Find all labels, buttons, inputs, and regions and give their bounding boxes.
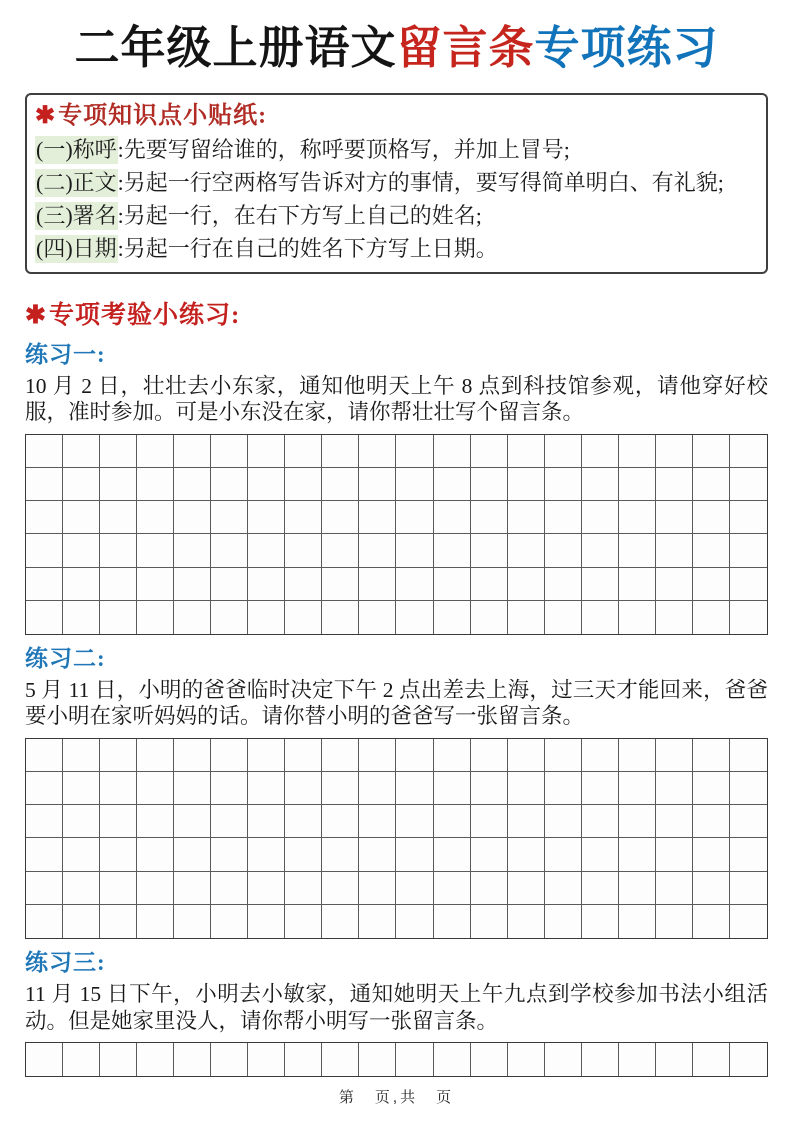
grid-cell (63, 1043, 100, 1076)
grid-cell (545, 905, 582, 938)
grid-cell (63, 534, 100, 567)
grid-cell (545, 534, 582, 567)
grid-cell (508, 805, 545, 838)
exercise-1-label: 练习一: (25, 340, 768, 370)
grid-cell (63, 838, 100, 871)
grid-cell (396, 805, 433, 838)
grid-cell (100, 601, 137, 634)
grid-cell (619, 1043, 656, 1076)
grid-cell (63, 501, 100, 534)
grid-cell (396, 739, 433, 772)
grid-cell (693, 501, 730, 534)
grid-cell (730, 534, 767, 567)
grid-cell (248, 468, 285, 501)
grid-cell (619, 468, 656, 501)
grid-cell (26, 838, 63, 871)
tip-text: :另起一行，在右下方写上自己的姓名; (118, 203, 482, 228)
grid-cell (322, 838, 359, 871)
grid-cell (248, 905, 285, 938)
grid-cell (508, 905, 545, 938)
grid-cell (174, 772, 211, 805)
grid-cell (434, 468, 471, 501)
grid-cell (730, 501, 767, 534)
grid-cell (26, 534, 63, 567)
grid-cell (248, 568, 285, 601)
grid-cell (63, 805, 100, 838)
tip-label: (二)正文 (35, 169, 118, 197)
grid-cell (619, 739, 656, 772)
grid-cell (730, 739, 767, 772)
grid-cell (359, 772, 396, 805)
grid-cell (545, 468, 582, 501)
grid-cell (63, 468, 100, 501)
grid-cell (434, 501, 471, 534)
grid-cell (285, 872, 322, 905)
grid-cell (656, 1043, 693, 1076)
grid-cell (582, 601, 619, 634)
grid-cell (359, 568, 396, 601)
grid-cell (100, 468, 137, 501)
grid-cell (582, 435, 619, 468)
grid-cell (285, 501, 322, 534)
grid-cell (359, 534, 396, 567)
grid-cell (471, 905, 508, 938)
exercise-2: 练习二: 5 月 11 日，小明的爸爸临时决定下午 2 点出差去上海，过三天才能… (25, 644, 768, 939)
grid-cell (137, 905, 174, 938)
grid-cell (619, 872, 656, 905)
grid-cell (396, 568, 433, 601)
grid-cell (211, 838, 248, 871)
grid-cell (322, 739, 359, 772)
grid-cell (137, 872, 174, 905)
grid-cell (730, 568, 767, 601)
grid-cell (211, 872, 248, 905)
grid-cell (656, 534, 693, 567)
tip-text: :另起一行在自己的姓名下方写上日期。 (118, 236, 498, 261)
grid-cell (63, 772, 100, 805)
grid-cell (211, 468, 248, 501)
grid-cell (26, 1043, 63, 1076)
grid-cell (471, 501, 508, 534)
grid-cell (582, 905, 619, 938)
grid-cell (582, 805, 619, 838)
grid-cell (174, 568, 211, 601)
tip-label: (四)日期 (35, 235, 118, 263)
grid-cell (396, 905, 433, 938)
grid-cell (137, 1043, 174, 1076)
grid-cell (211, 435, 248, 468)
grid-cell (545, 739, 582, 772)
grid-cell (359, 501, 396, 534)
grid-cell (508, 534, 545, 567)
grid-cell (693, 468, 730, 501)
exercise-2-writing-grid[interactable] (25, 738, 768, 939)
grid-cell (285, 534, 322, 567)
grid-cell (471, 601, 508, 634)
grid-cell (174, 1043, 211, 1076)
tip-item-body: (二)正文:另起一行空两格写告诉对方的事情，要写得简单明白、有礼貌; (35, 166, 756, 199)
grid-cell (322, 601, 359, 634)
grid-cell (359, 838, 396, 871)
grid-cell (137, 772, 174, 805)
grid-cell (174, 905, 211, 938)
practice-heading-text: 专项考验小练习: (49, 302, 240, 329)
grid-cell (285, 468, 322, 501)
grid-cell (730, 772, 767, 805)
grid-cell (359, 468, 396, 501)
grid-cell (248, 805, 285, 838)
grid-cell (656, 501, 693, 534)
grid-cell (211, 905, 248, 938)
grid-cell (26, 468, 63, 501)
grid-cell (396, 501, 433, 534)
grid-cell (434, 872, 471, 905)
tip-label: (一)称呼 (35, 136, 118, 164)
grid-cell (322, 435, 359, 468)
grid-cell (545, 872, 582, 905)
grid-cell (545, 838, 582, 871)
grid-cell (582, 1043, 619, 1076)
grid-cell (619, 905, 656, 938)
grid-cell (137, 468, 174, 501)
grid-cell (434, 772, 471, 805)
grid-cell (545, 772, 582, 805)
grid-cell (211, 601, 248, 634)
grid-cell (396, 534, 433, 567)
grid-cell (100, 872, 137, 905)
grid-cell (434, 838, 471, 871)
grid-cell (434, 534, 471, 567)
grid-cell (396, 872, 433, 905)
grid-cell (359, 739, 396, 772)
grid-cell (174, 468, 211, 501)
grid-cell (434, 739, 471, 772)
tip-text: :先要写留给谁的，称呼要顶格写，并加上冒号; (118, 137, 570, 162)
grid-cell (434, 905, 471, 938)
exercise-3-prompt: 11 月 15 日下午，小明去小敏家，通知她明天上午九点到学校参加书法小组活动。… (25, 981, 768, 1034)
grid-cell (285, 905, 322, 938)
grid-cell (545, 601, 582, 634)
tip-text: :另起一行空两格写告诉对方的事情，要写得简单明白、有礼貌; (118, 170, 724, 195)
tip-label: (三)署名 (35, 202, 118, 230)
grid-cell (508, 872, 545, 905)
grid-cell (63, 568, 100, 601)
grid-cell (508, 501, 545, 534)
grid-cell (63, 601, 100, 634)
grid-cell (619, 534, 656, 567)
grid-cell (656, 568, 693, 601)
exercise-1-prompt: 10 月 2 日，壮壮去小东家，通知他明天上午 8 点到科技馆参观，请他穿好校服… (25, 373, 768, 426)
exercise-2-prompt: 5 月 11 日，小明的爸爸临时决定下午 2 点出差去上海，过三天才能回来，爸爸… (25, 677, 768, 730)
tips-heading: ✱专项知识点小贴纸: (35, 100, 756, 133)
title-part-black: 二年级上册语文 (74, 22, 396, 73)
grid-cell (285, 568, 322, 601)
grid-cell (471, 435, 508, 468)
grid-cell (137, 435, 174, 468)
grid-cell (322, 1043, 359, 1076)
grid-cell (248, 838, 285, 871)
grid-cell (508, 435, 545, 468)
grid-cell (100, 568, 137, 601)
grid-cell (285, 601, 322, 634)
grid-cell (619, 838, 656, 871)
grid-cell (396, 838, 433, 871)
grid-cell (137, 805, 174, 838)
grid-cell (508, 601, 545, 634)
grid-cell (63, 739, 100, 772)
grid-cell (211, 1043, 248, 1076)
grid-cell (656, 772, 693, 805)
grid-cell (100, 501, 137, 534)
grid-cell (248, 534, 285, 567)
grid-cell (359, 601, 396, 634)
grid-cell (730, 805, 767, 838)
grid-cell (322, 568, 359, 601)
grid-cell (248, 739, 285, 772)
grid-cell (656, 601, 693, 634)
grid-cell (508, 468, 545, 501)
grid-cell (63, 872, 100, 905)
grid-cell (434, 568, 471, 601)
grid-cell (26, 601, 63, 634)
grid-cell (100, 805, 137, 838)
grid-cell (26, 872, 63, 905)
grid-cell (693, 805, 730, 838)
grid-cell (26, 568, 63, 601)
grid-cell (656, 905, 693, 938)
page-title: 二年级上册语文留言条专项练习 (25, 22, 768, 74)
grid-cell (100, 534, 137, 567)
grid-cell (730, 838, 767, 871)
exercise-2-label: 练习二: (25, 644, 768, 674)
grid-cell (359, 905, 396, 938)
grid-cell (619, 772, 656, 805)
grid-cell (322, 534, 359, 567)
grid-cell (322, 805, 359, 838)
grid-cell (63, 435, 100, 468)
grid-cell (285, 805, 322, 838)
grid-cell (656, 838, 693, 871)
grid-cell (174, 501, 211, 534)
grid-cell (396, 1043, 433, 1076)
grid-cell (582, 501, 619, 534)
asterisk-icon: ✱ (25, 302, 47, 329)
grid-cell (26, 805, 63, 838)
grid-cell (619, 601, 656, 634)
title-part-blue: 专项练习 (535, 22, 719, 73)
grid-cell (656, 872, 693, 905)
grid-cell (545, 805, 582, 838)
grid-cell (174, 805, 211, 838)
grid-cell (26, 501, 63, 534)
grid-cell (582, 534, 619, 567)
exercise-3-writing-grid[interactable] (25, 1042, 768, 1077)
grid-cell (434, 805, 471, 838)
grid-cell (137, 601, 174, 634)
grid-cell (359, 1043, 396, 1076)
grid-cell (248, 601, 285, 634)
grid-cell (508, 772, 545, 805)
worksheet-page: 二年级上册语文留言条专项练习 ✱专项知识点小贴纸: (一)称呼:先要写留给谁的，… (0, 0, 793, 1122)
grid-cell (137, 568, 174, 601)
grid-cell (693, 568, 730, 601)
grid-cell (693, 1043, 730, 1076)
grid-cell (471, 468, 508, 501)
grid-cell (471, 872, 508, 905)
grid-cell (582, 739, 619, 772)
grid-cell (211, 501, 248, 534)
grid-cell (100, 772, 137, 805)
grid-cell (730, 872, 767, 905)
grid-cell (582, 838, 619, 871)
grid-cell (582, 468, 619, 501)
grid-cell (174, 534, 211, 567)
tip-item-salutation: (一)称呼:先要写留给谁的，称呼要顶格写，并加上冒号; (35, 133, 756, 166)
grid-cell (285, 772, 322, 805)
grid-cell (174, 435, 211, 468)
grid-cell (137, 838, 174, 871)
grid-cell (137, 501, 174, 534)
grid-cell (359, 435, 396, 468)
grid-cell (693, 739, 730, 772)
grid-cell (322, 772, 359, 805)
grid-cell (434, 1043, 471, 1076)
grid-cell (471, 739, 508, 772)
practice-section-heading: ✱专项考验小练习: (25, 301, 768, 331)
grid-cell (656, 468, 693, 501)
grid-cell (63, 905, 100, 938)
grid-cell (471, 805, 508, 838)
grid-cell (248, 872, 285, 905)
grid-cell (582, 872, 619, 905)
tip-item-signature: (三)署名:另起一行，在右下方写上自己的姓名; (35, 199, 756, 232)
title-part-red: 留言条 (396, 22, 534, 73)
grid-cell (100, 739, 137, 772)
grid-cell (248, 435, 285, 468)
grid-cell (693, 772, 730, 805)
grid-cell (211, 568, 248, 601)
grid-cell (322, 468, 359, 501)
grid-cell (693, 534, 730, 567)
grid-cell (434, 435, 471, 468)
grid-cell (26, 905, 63, 938)
grid-cell (211, 534, 248, 567)
grid-cell (693, 905, 730, 938)
grid-cell (508, 568, 545, 601)
grid-cell (322, 501, 359, 534)
grid-cell (693, 601, 730, 634)
grid-cell (248, 772, 285, 805)
grid-cell (619, 501, 656, 534)
grid-cell (730, 468, 767, 501)
grid-cell (285, 739, 322, 772)
page-number-footer: 第 页,共 页 (25, 1086, 768, 1107)
grid-cell (322, 872, 359, 905)
grid-cell (174, 838, 211, 871)
grid-cell (730, 1043, 767, 1076)
grid-cell (545, 568, 582, 601)
exercise-3-label: 练习三: (25, 948, 768, 978)
grid-cell (211, 739, 248, 772)
grid-cell (693, 838, 730, 871)
grid-cell (693, 435, 730, 468)
grid-cell (396, 435, 433, 468)
exercise-1: 练习一: 10 月 2 日，壮壮去小东家，通知他明天上午 8 点到科技馆参观，请… (25, 340, 768, 635)
grid-cell (174, 601, 211, 634)
grid-cell (248, 1043, 285, 1076)
grid-cell (508, 739, 545, 772)
grid-cell (730, 435, 767, 468)
grid-cell (211, 772, 248, 805)
grid-cell (396, 601, 433, 634)
grid-cell (285, 838, 322, 871)
grid-cell (619, 805, 656, 838)
grid-cell (137, 739, 174, 772)
grid-cell (619, 568, 656, 601)
grid-cell (730, 905, 767, 938)
exercise-1-writing-grid[interactable] (25, 434, 768, 635)
grid-cell (471, 838, 508, 871)
grid-cell (508, 1043, 545, 1076)
grid-cell (248, 501, 285, 534)
grid-cell (26, 772, 63, 805)
grid-cell (693, 872, 730, 905)
exercise-3: 练习三: 11 月 15 日下午，小明去小敏家，通知她明天上午九点到学校参加书法… (25, 948, 768, 1077)
grid-cell (471, 1043, 508, 1076)
grid-cell (174, 739, 211, 772)
grid-cell (656, 739, 693, 772)
grid-cell (396, 772, 433, 805)
grid-cell (545, 435, 582, 468)
grid-cell (359, 805, 396, 838)
grid-cell (396, 468, 433, 501)
grid-cell (656, 435, 693, 468)
knowledge-tips-box: ✱专项知识点小贴纸: (一)称呼:先要写留给谁的，称呼要顶格写，并加上冒号; (… (25, 93, 768, 274)
grid-cell (359, 872, 396, 905)
grid-cell (285, 435, 322, 468)
grid-cell (582, 568, 619, 601)
grid-cell (434, 601, 471, 634)
grid-cell (545, 1043, 582, 1076)
grid-cell (100, 838, 137, 871)
asterisk-icon: ✱ (35, 103, 56, 129)
grid-cell (285, 1043, 322, 1076)
tips-heading-text: 专项知识点小贴纸: (58, 103, 267, 129)
grid-cell (508, 838, 545, 871)
grid-cell (656, 805, 693, 838)
grid-cell (471, 568, 508, 601)
grid-cell (545, 501, 582, 534)
grid-cell (619, 435, 656, 468)
grid-cell (322, 905, 359, 938)
grid-cell (100, 905, 137, 938)
grid-cell (137, 534, 174, 567)
grid-cell (26, 435, 63, 468)
grid-cell (100, 1043, 137, 1076)
grid-cell (174, 872, 211, 905)
grid-cell (100, 435, 137, 468)
grid-cell (26, 739, 63, 772)
grid-cell (730, 601, 767, 634)
grid-cell (471, 534, 508, 567)
grid-cell (582, 772, 619, 805)
grid-cell (211, 805, 248, 838)
tip-item-date: (四)日期:另起一行在自己的姓名下方写上日期。 (35, 232, 756, 265)
grid-cell (471, 772, 508, 805)
